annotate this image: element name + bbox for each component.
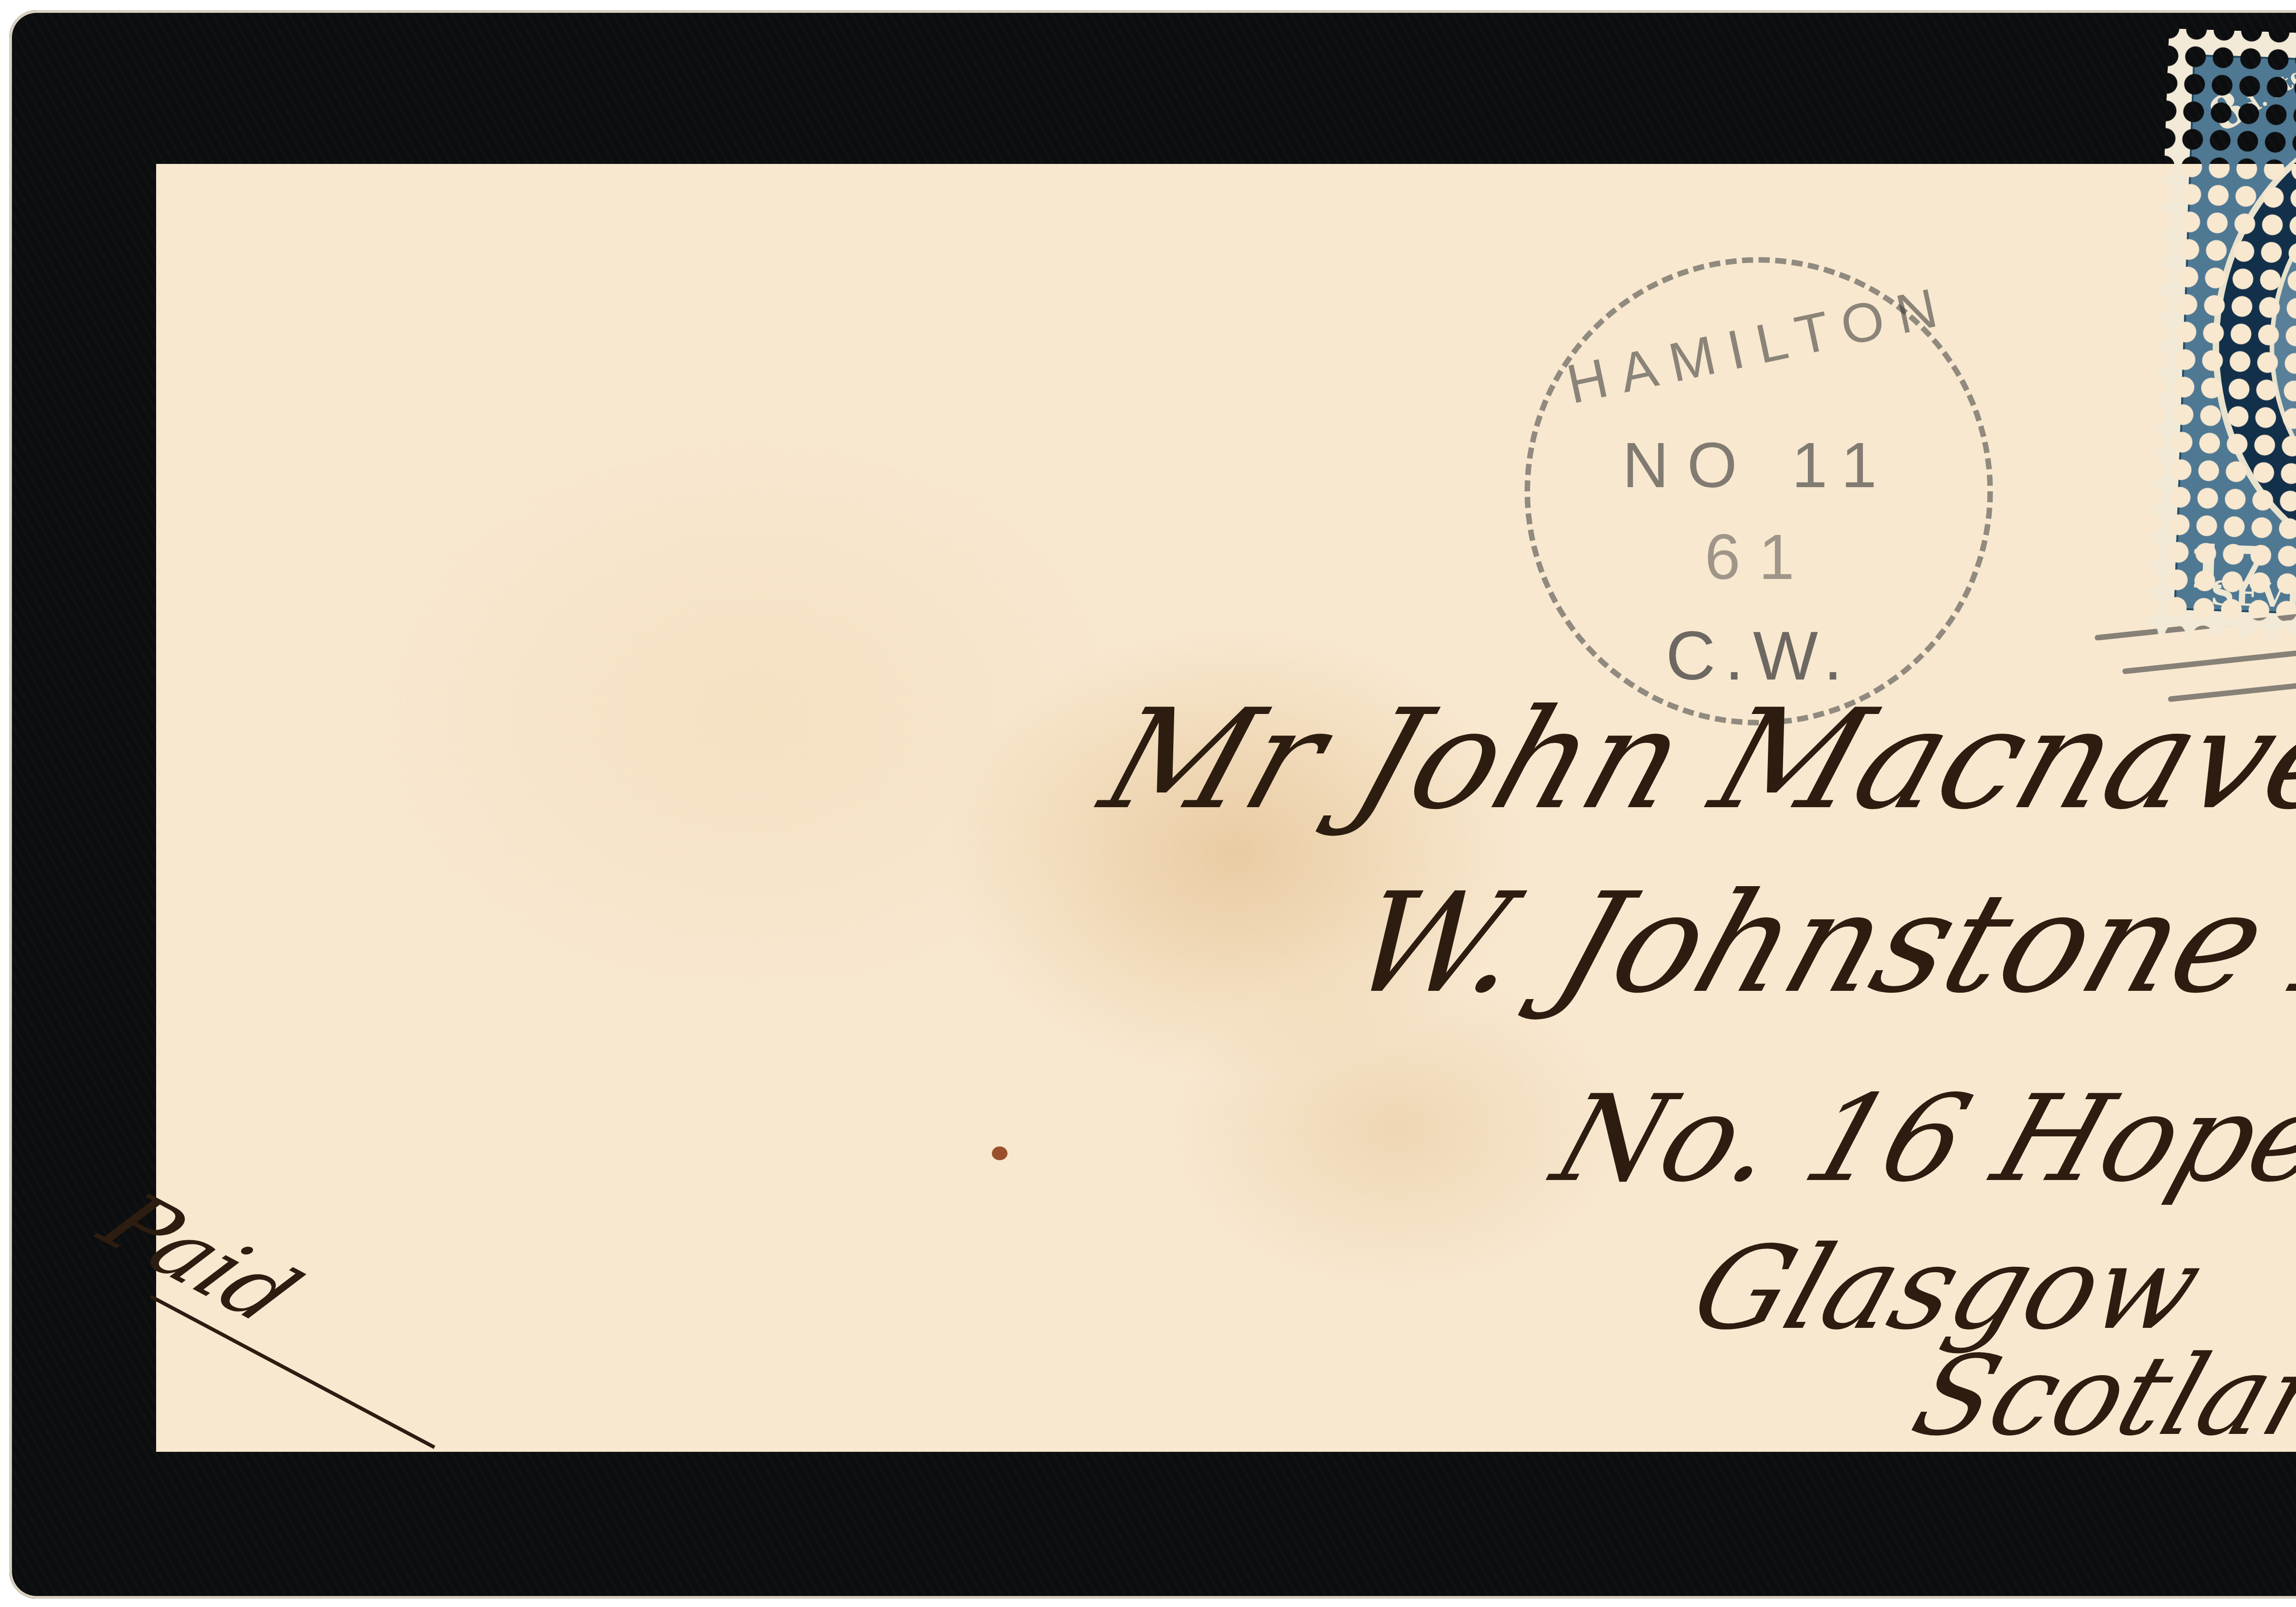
postmark-year: 61 <box>1530 520 1987 594</box>
ink-spot <box>992 1146 1007 1160</box>
address-line-3: No. 16 Hope Street <box>1539 1070 2296 1208</box>
stamp-country-text: CANADA POSTAGE <box>2222 174 2296 280</box>
stamp-frame: 8d. stg. 8d. stg. CANADA POSTAGE SEVENTE… <box>2174 54 2296 625</box>
stamp-corner-bottom-left: 17 <box>2185 531 2271 604</box>
stamp-corner-top-left: 8d. stg. <box>2200 38 2296 143</box>
address-line-2: W. Johnstone Esqr. <box>1333 863 2296 1023</box>
postmark-date: NO 11 <box>1530 428 1987 502</box>
postmark: HAMILTON NO 11 61 C.W. <box>1525 257 1993 725</box>
address-line-5: Scotland <box>1899 1332 2296 1460</box>
stamp-oval: CANADA POSTAGE SEVENTEEN CENTS <box>2205 108 2296 580</box>
portrait-body <box>2284 420 2296 521</box>
postage-stamp: 8d. stg. 8d. stg. CANADA POSTAGE SEVENTE… <box>2148 28 2296 652</box>
stamp-corner-unit: d. stg. <box>2239 57 2296 121</box>
address-line-1: Mr John Macnaven <box>1085 680 2296 840</box>
